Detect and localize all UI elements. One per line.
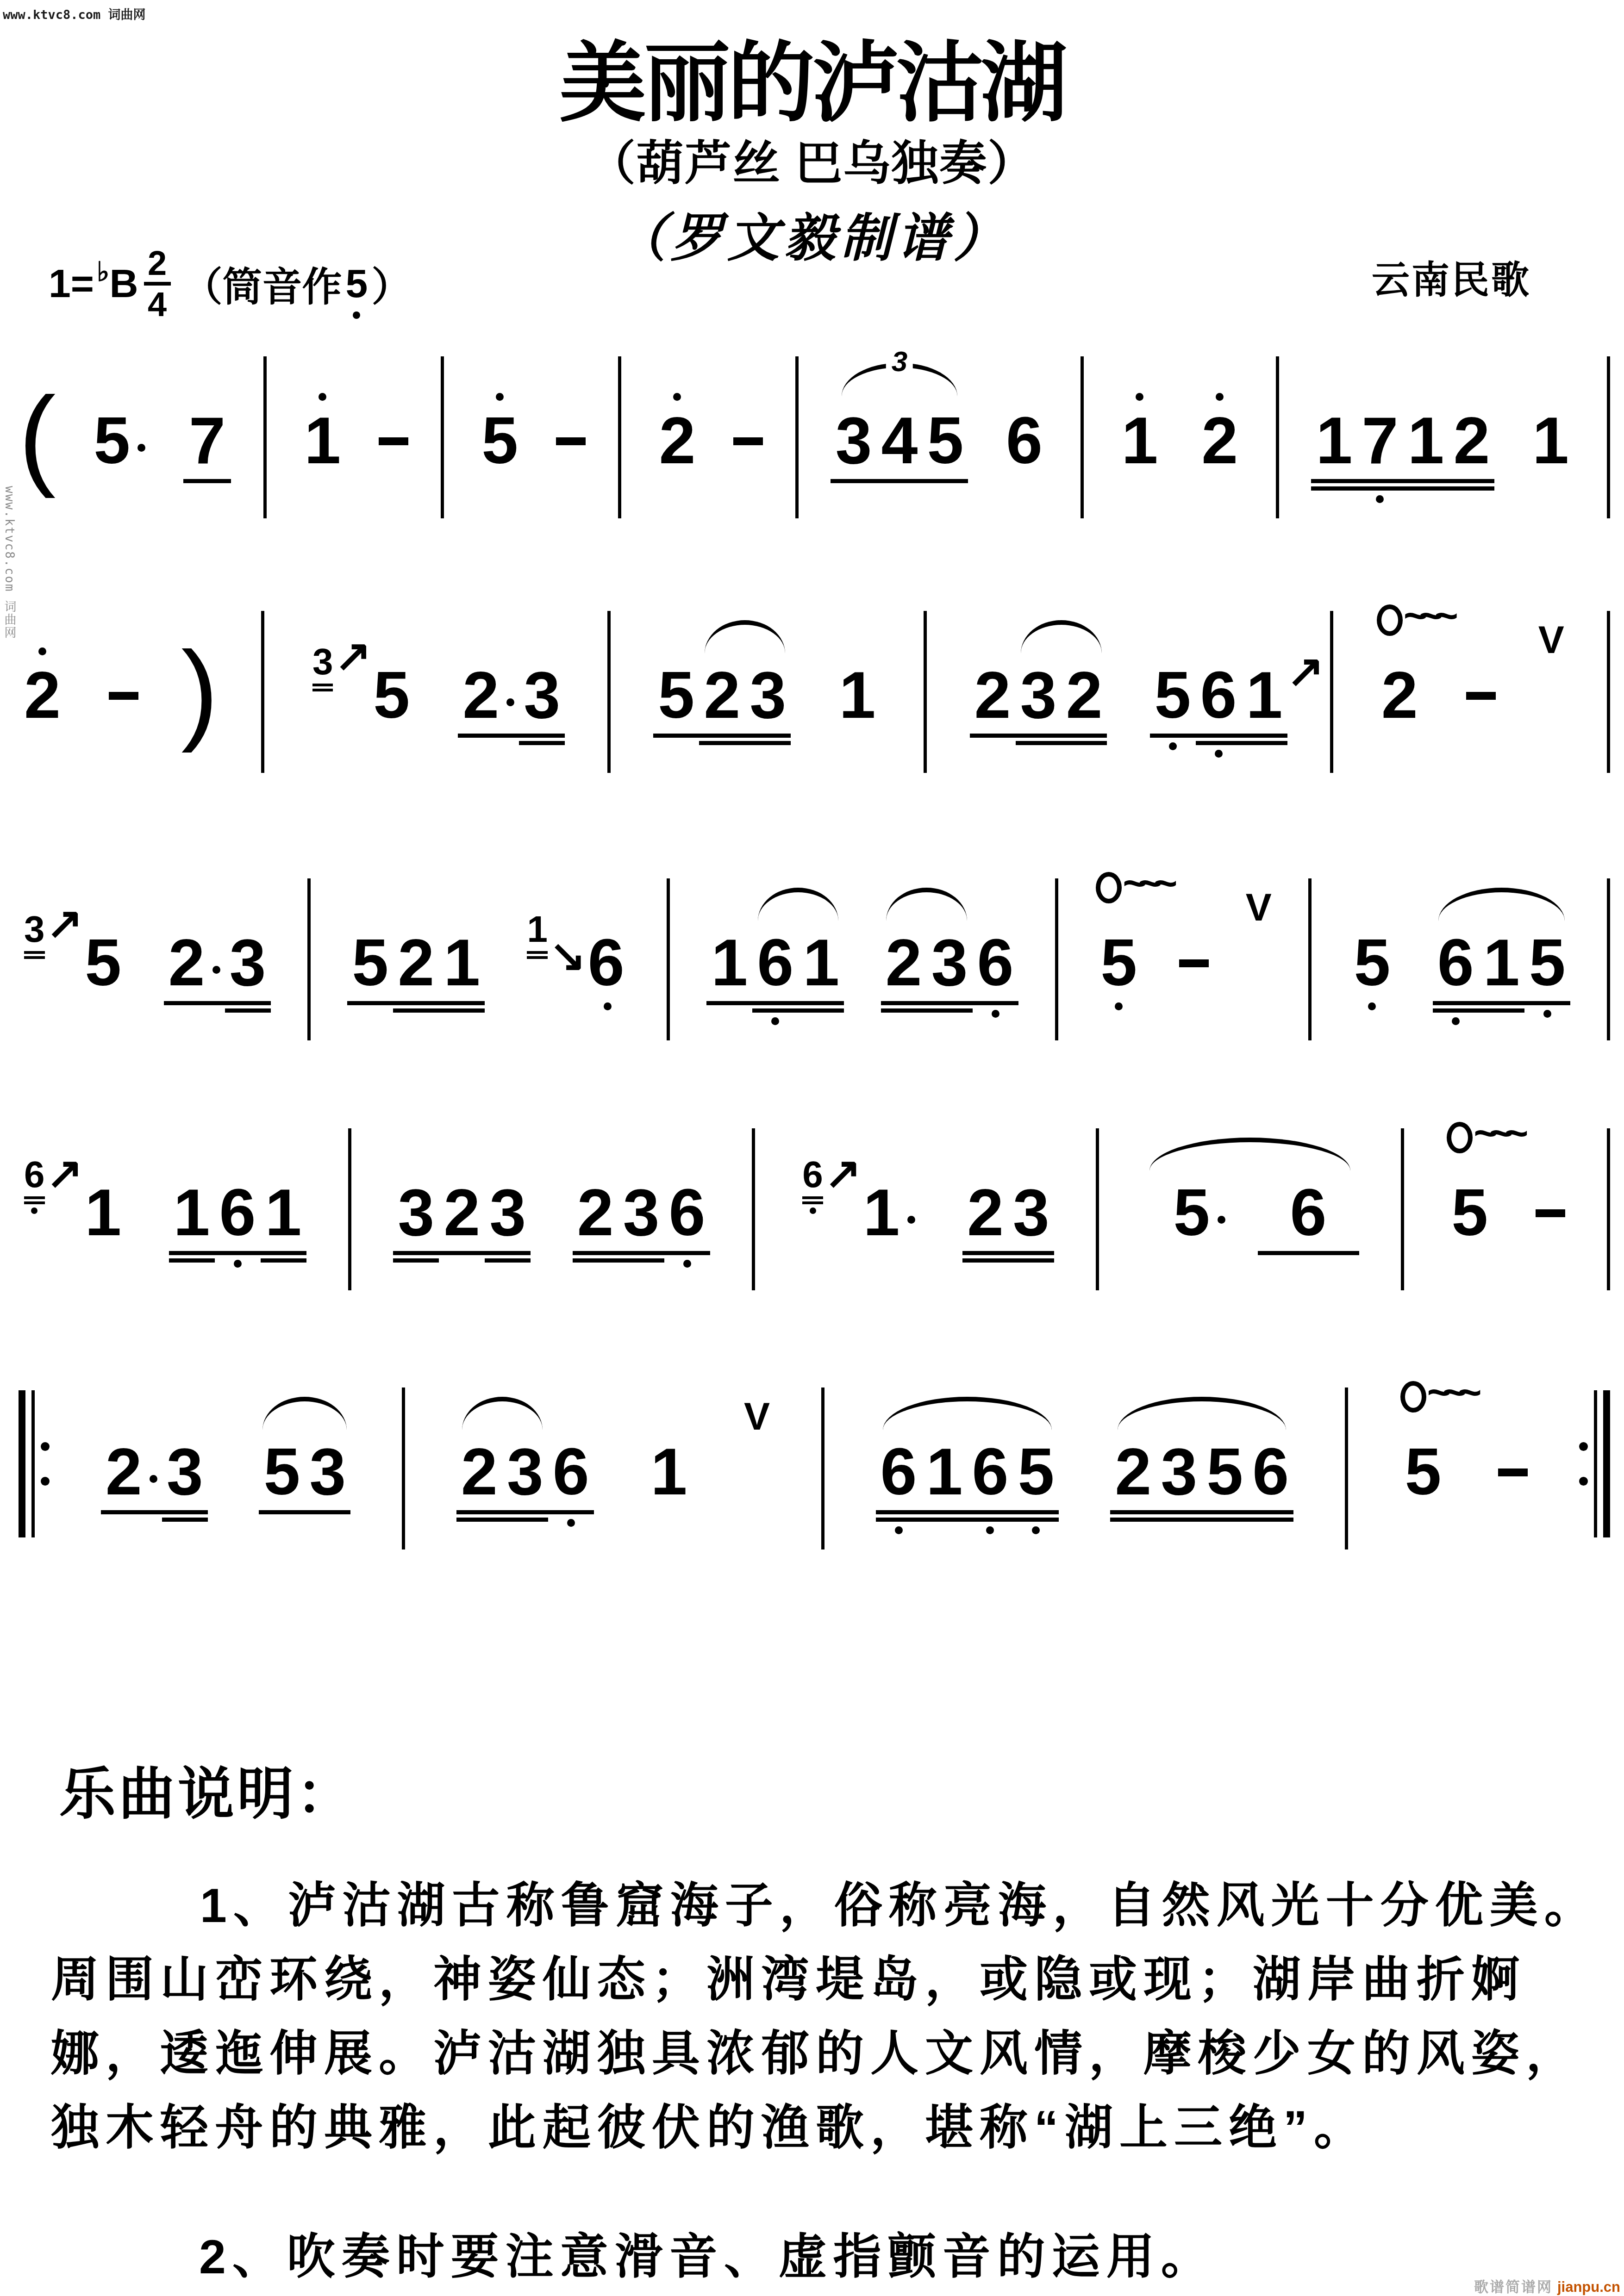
note-digit-row: 5 [1150, 661, 1196, 730]
barline [307, 878, 311, 1040]
note-digit-row: 5 [653, 661, 699, 730]
note-lower-area [1311, 476, 1357, 491]
note-number: 2 [1115, 1437, 1151, 1507]
beam-line [970, 734, 1016, 738]
paragraph-line: 独木轻舟的典雅，此起彼伏的渔歌，堪称“湖上三绝”。 [51, 2091, 1599, 2165]
note: 5 [476, 352, 524, 476]
group-notes: 161 [169, 1124, 306, 1268]
note-lower-area [456, 1507, 502, 1522]
trill-circle-icon [1096, 872, 1122, 903]
note-number: 3 [750, 661, 786, 730]
note-number: 1 [650, 1437, 687, 1507]
breath-mark: V [1246, 874, 1272, 1036]
note-digit-row: 1 [169, 1178, 215, 1248]
beam-line [1110, 1510, 1156, 1514]
note: 1 [261, 1124, 306, 1263]
note-group: 236 [573, 1124, 710, 1286]
note-number: 1 [1483, 928, 1520, 998]
barline [441, 356, 444, 518]
beam-line [752, 1008, 798, 1013]
beam-line [962, 1258, 1008, 1263]
note-digit-row: 1 [299, 406, 346, 476]
notes-heading: 乐曲说明： [59, 1748, 356, 1829]
beam-line [1479, 1001, 1524, 1005]
note-group: 161 [706, 874, 844, 1036]
trill-ornament: ~~~ [1447, 1117, 1520, 1158]
octave-dot-below [353, 311, 360, 319]
note-lower-area [1449, 476, 1494, 491]
beam-line [1156, 1518, 1202, 1522]
breath-mark-icon: V [1246, 888, 1272, 927]
note-digit-row: 7 [183, 406, 231, 476]
note-number: 2 [169, 928, 205, 998]
note-number: 3 [230, 928, 266, 998]
note: 3 [393, 1124, 439, 1263]
held-beat-dash [1179, 874, 1209, 1036]
thin-barline [1594, 1390, 1597, 1537]
thick-barline [1603, 1390, 1610, 1537]
note-upper-area [1196, 352, 1243, 406]
note-group: 1712 [1311, 352, 1494, 514]
note-lower-area [1156, 1507, 1202, 1522]
octave-dot-below [1032, 1526, 1040, 1534]
note: 2 [1196, 352, 1243, 476]
note-upper-area: ~~~ [1446, 1124, 1493, 1178]
note-number: 1 [174, 1178, 210, 1248]
note-upper-area [1348, 874, 1396, 928]
augmentation-dot [1218, 1216, 1225, 1224]
note-number: 3 [835, 406, 872, 476]
beam-line [519, 741, 565, 745]
note-lower-area [573, 1248, 618, 1263]
note-lower-area [519, 730, 565, 745]
octave-dot-below [1543, 1010, 1551, 1018]
note-number: 3 [1013, 1178, 1049, 1248]
note-lower-area [225, 998, 271, 1013]
note-upper-area [458, 606, 519, 661]
grace-beams [24, 1194, 45, 1204]
beam-line [798, 1001, 844, 1005]
beam-line [24, 1196, 45, 1199]
note-token: 5 [1348, 874, 1396, 1036]
augmentation-dot [212, 966, 220, 974]
beam-line [393, 1251, 439, 1255]
breath-mark-icon: V [744, 1397, 770, 1436]
beam-line [745, 741, 791, 745]
beam-line [456, 1510, 502, 1514]
note: 2 [101, 1383, 162, 1514]
octave-dot-above [673, 393, 681, 401]
note-digit-row: 5 [1095, 928, 1143, 998]
beam-line [502, 1518, 548, 1522]
note-digit-row: 3 [162, 1437, 208, 1507]
parenthesis-glyph: ( [19, 380, 56, 492]
beam-line [527, 951, 548, 954]
note: 2 [1449, 352, 1494, 491]
beam-line [527, 956, 548, 959]
slide-arrow-icon: ↘ [550, 934, 586, 977]
note-number: 2 [462, 661, 499, 730]
note-token: 1 [1116, 352, 1163, 514]
note-lower-area [927, 998, 973, 1013]
beam-line [1403, 486, 1449, 491]
note-upper-area [215, 1124, 261, 1178]
note-number: 1 [1316, 406, 1352, 476]
beam-line [1202, 1518, 1248, 1522]
paragraph-line: 娜，逶迤伸展。泸沽湖独具浓郁的人文风情，摩梭少女的风姿， [51, 2017, 1599, 2091]
note-digit-row: 2 [881, 928, 927, 998]
beam-line [1061, 734, 1107, 738]
note-digit-row: 3 [1156, 1437, 1202, 1507]
note-digit-row: 3 [305, 1437, 350, 1507]
key-signature: 1=♭B 2 4 （筒音作5） [49, 244, 411, 323]
beam-line [831, 479, 876, 483]
note-token: 5 [476, 352, 524, 514]
note: 1 [1527, 352, 1574, 476]
grace-note-number: 6 [24, 1155, 45, 1194]
dash-bar [1498, 1468, 1528, 1476]
note-lower-area [1110, 1507, 1156, 1522]
note-number: 1 [1121, 406, 1158, 476]
octave-dot-above [1136, 393, 1143, 401]
beam-line [347, 1001, 393, 1005]
beam-line [1196, 734, 1242, 738]
beam-line [922, 1518, 968, 1522]
note-number: 3 [489, 1178, 526, 1248]
augmentation-dot [137, 444, 145, 452]
octave-dot-below [1215, 750, 1223, 758]
note-number: 5 [1529, 928, 1566, 998]
note-token: 6↗1 [797, 1124, 920, 1286]
note-digit-row: 3 [519, 661, 565, 730]
note-number: 2 [577, 1178, 614, 1248]
note-digit-row: 2 [699, 661, 745, 730]
note-digit-row: 1 [1116, 406, 1163, 476]
beam-line [1248, 1510, 1293, 1514]
dash-bar [733, 437, 763, 445]
beam-line [1242, 741, 1287, 745]
barline [261, 611, 264, 773]
beam-line [225, 1001, 271, 1005]
beam-line [1248, 1518, 1293, 1522]
held-beat-dash [1498, 1383, 1528, 1545]
note-digit-row: 5 [1202, 1437, 1248, 1507]
beam-line [393, 1001, 439, 1005]
note-upper-area [1242, 606, 1287, 661]
note-upper-area [225, 874, 271, 928]
note-number: 5 [1206, 1437, 1243, 1507]
beam-line [215, 1251, 261, 1255]
watermark-left-vertical: www.ktvc8.com 词曲网 [1, 486, 18, 639]
note-group: 236 [881, 874, 1018, 1036]
beam-line [1150, 734, 1196, 738]
barline [1330, 611, 1333, 773]
augmentation-dot [506, 698, 514, 706]
note-upper-area [1449, 352, 1494, 406]
note-digit-row: 3↗5 [19, 928, 127, 998]
note: 6↗1 [797, 1124, 920, 1248]
note-token: ~~~2 [1376, 606, 1424, 768]
note-upper-area: ~~~ [1376, 606, 1424, 661]
note: 5 [1150, 606, 1196, 750]
beam-line [699, 734, 745, 738]
note-number: 6 [1200, 661, 1237, 730]
beam-line [706, 1001, 752, 1005]
beam-line [183, 479, 231, 483]
beam-line [162, 1510, 208, 1514]
note-digit-row: 1 [1527, 406, 1574, 476]
beam-line [1156, 1510, 1202, 1514]
note-digit-row: 5 [476, 406, 524, 476]
note: 3 [225, 874, 271, 1013]
note-token: 3↗5 [19, 874, 127, 1036]
note-upper-area [618, 1124, 664, 1178]
trill-wave-icon: ~~~ [1474, 1113, 1520, 1153]
note: 3 [162, 1383, 208, 1522]
note-lower-area [1196, 730, 1242, 758]
octave-dot-below [1452, 1017, 1460, 1025]
note-token: 1 [299, 352, 346, 514]
note-upper-area [706, 874, 752, 928]
note-digit-row: 1 [798, 928, 844, 998]
note: 1↘6 [521, 874, 630, 1010]
note: ~~~5 [1095, 874, 1143, 1010]
beam-line [1016, 734, 1062, 738]
beam-line [1008, 1251, 1054, 1255]
parenthesis: ) [181, 606, 219, 768]
note-number: 6 [757, 928, 793, 998]
grace-note: 6 [802, 1155, 823, 1214]
note-number: 3 [167, 1437, 203, 1507]
octave-dot-below [1115, 1002, 1123, 1010]
beam-line [164, 1001, 225, 1005]
note-digit-row: 6 [548, 1437, 594, 1507]
group-notes: 521 [347, 874, 485, 1013]
note-upper-area [393, 1124, 439, 1178]
trill-wave-icon: ~~~ [1404, 595, 1450, 636]
note-number: 1 [926, 1437, 963, 1507]
note-upper-area [1150, 606, 1196, 661]
beam-line [968, 1518, 1013, 1522]
note-number: 2 [659, 406, 695, 476]
note: 2 [439, 1124, 485, 1255]
note-upper-area: ~~~ [1399, 1383, 1447, 1437]
beam-line [927, 1008, 973, 1013]
note-digit-row: 2 [393, 928, 439, 998]
beam-line [1433, 1008, 1479, 1013]
note: 1 [706, 874, 752, 1005]
beam-line [485, 1258, 531, 1263]
note-lower-area [1348, 998, 1396, 1010]
note-upper-area [1403, 352, 1449, 406]
note-digit-row: 3 [225, 928, 271, 998]
beam-line [101, 1510, 162, 1514]
note-lower-area [1403, 476, 1449, 491]
note-digit-row: 5 [1348, 928, 1396, 998]
note-number: 7 [1362, 406, 1398, 476]
trill-wave-icon: ~~~ [1123, 863, 1169, 903]
group-notes: 1712 [1311, 352, 1494, 503]
dash-bar [109, 692, 138, 700]
note-number: 1 [711, 928, 748, 998]
note-lower-area [664, 1248, 710, 1268]
beam-line [922, 479, 968, 483]
beam-line [548, 1510, 594, 1514]
paragraph-line: 1、泸沽湖古称鲁窟海子，俗称亮海，自然风光十分优美。 [51, 1869, 1599, 1943]
octave-dot-below [771, 1017, 779, 1025]
note-upper-area [664, 1124, 710, 1178]
flat-icon: ♭ [97, 256, 109, 287]
beam-line [745, 734, 791, 738]
note-token: ~~~5 [1446, 1124, 1493, 1286]
note-lower-area [1150, 730, 1196, 750]
grace-note-number: 3 [312, 642, 333, 681]
barline [924, 611, 927, 773]
note-upper-area [164, 874, 225, 928]
song-subtitle: （葫芦丝 巴乌独奏） [0, 126, 1624, 193]
barline [821, 1388, 824, 1549]
barline [752, 1128, 755, 1290]
note-digit-row: 2 [1196, 406, 1243, 476]
held-beat-dash [733, 352, 763, 514]
note-digit-row: 5 [88, 406, 151, 476]
grace-beams [24, 949, 45, 959]
note-number: 1 [265, 1178, 302, 1248]
note: 3↗5 [307, 606, 415, 730]
note-number: 5 [1451, 1178, 1488, 1248]
tuplet-label: 3 [886, 345, 913, 378]
note: 6 [1000, 352, 1048, 476]
note-lower-area [752, 998, 798, 1025]
note: 5 [653, 606, 699, 738]
meter-denominator: 4 [148, 287, 167, 322]
dash-bar [379, 437, 408, 445]
barline [667, 878, 670, 1040]
beam-line [1061, 741, 1107, 745]
note-number: 6 [972, 1437, 1009, 1507]
group-notes: 23 [458, 606, 565, 745]
grace-note-number: 3 [24, 910, 45, 949]
note: 6 [548, 1383, 594, 1527]
note-upper-area [519, 606, 565, 661]
beam-line [1202, 1510, 1248, 1514]
beam-line [502, 1510, 548, 1514]
barline [1607, 356, 1610, 518]
tube-note-number: 5 [346, 261, 368, 306]
note-digit-row: 2 [1376, 661, 1424, 730]
held-beat-dash [556, 352, 586, 514]
note-group: 521 [347, 874, 485, 1036]
note-group: 23 [164, 874, 271, 1036]
note-upper-area [162, 1383, 208, 1437]
octave-dot-above [1216, 393, 1224, 401]
note-lower-area [962, 1248, 1008, 1263]
note-digit-row: 2 [19, 661, 66, 730]
beam-line [169, 1258, 215, 1263]
note-number: 6 [881, 1437, 917, 1507]
note-digit-row: 6 [1433, 928, 1479, 998]
note-digit-row: 3 [831, 406, 876, 476]
note-lower-area [699, 730, 745, 745]
note-upper-area [393, 874, 439, 928]
beam-line [312, 684, 333, 686]
beam-line [519, 734, 565, 738]
note-upper-area [1196, 606, 1242, 661]
barline [1607, 878, 1610, 1040]
augmentation-dot [907, 1216, 915, 1224]
note-number: 1 [863, 1178, 900, 1248]
note-lower-area [548, 1507, 594, 1527]
note-lower-area [876, 1507, 922, 1534]
note-lower-area [1248, 1507, 1293, 1522]
note-digit-row: 6↗1 [797, 1178, 920, 1248]
trill-wave-icon: ~~~ [1427, 1372, 1474, 1412]
note: 2 [393, 874, 439, 1013]
note-number: 6 [219, 1178, 256, 1248]
note-upper-area [653, 606, 699, 661]
note-number: 2 [398, 928, 434, 998]
note-upper-area [1116, 352, 1163, 406]
note-number: 2 [24, 661, 61, 730]
note-upper-area [833, 606, 881, 661]
beam-line [24, 956, 45, 959]
note-digit-row: 5 [347, 928, 393, 998]
note-number: 5 [85, 928, 121, 998]
note-digit-row: 1 [706, 928, 752, 998]
note-digit-row: 3 [485, 1178, 531, 1248]
note-token: 3↗5 [307, 606, 415, 768]
beam-line [1433, 1001, 1479, 1005]
held-beat-dash [109, 606, 138, 768]
held-beat-dash [1466, 606, 1496, 768]
barline [263, 356, 267, 518]
trill-ornament: ~~~ [1400, 1376, 1474, 1417]
barline [1607, 1128, 1610, 1290]
beam-line [1016, 741, 1062, 745]
beam-line [618, 1258, 664, 1263]
note: 6 [973, 874, 1018, 1018]
grace-beams [802, 1194, 823, 1204]
note: 6 [664, 1124, 710, 1268]
watermark-site-name: 歌谱简谱网 [1474, 2279, 1553, 2295]
octave-dot-above [38, 647, 46, 655]
note-number: 1 [803, 928, 839, 998]
note-number: 6 [977, 928, 1014, 998]
note: 5 [88, 352, 151, 476]
note-group: 2356 [1110, 1383, 1293, 1545]
note-lower-area [393, 1248, 439, 1263]
note-digit-row: 6 [752, 928, 798, 998]
octave-dot-below [604, 1002, 612, 1010]
tube-note-digit: 5 [346, 261, 368, 307]
note-number: 1 [304, 406, 341, 476]
octave-dot-below [895, 1526, 903, 1534]
note-number: 5 [1155, 661, 1191, 730]
score-line-4: 6↗11613232366↗12356~~~5 [19, 1124, 1610, 1290]
beam-line [664, 1251, 710, 1255]
note-group: 3453 [831, 352, 968, 514]
dash-bar [1466, 692, 1496, 700]
note-lower-area [261, 1248, 306, 1263]
note-digit-row: 5 [1013, 1437, 1059, 1507]
note-upper-area [439, 874, 485, 928]
note-upper-area [1000, 352, 1048, 406]
note-upper-area [573, 1124, 618, 1178]
note-upper-area [1527, 352, 1574, 406]
repeat-dots [41, 1390, 50, 1537]
note-upper-area [476, 352, 524, 406]
beam-line [24, 1201, 45, 1204]
